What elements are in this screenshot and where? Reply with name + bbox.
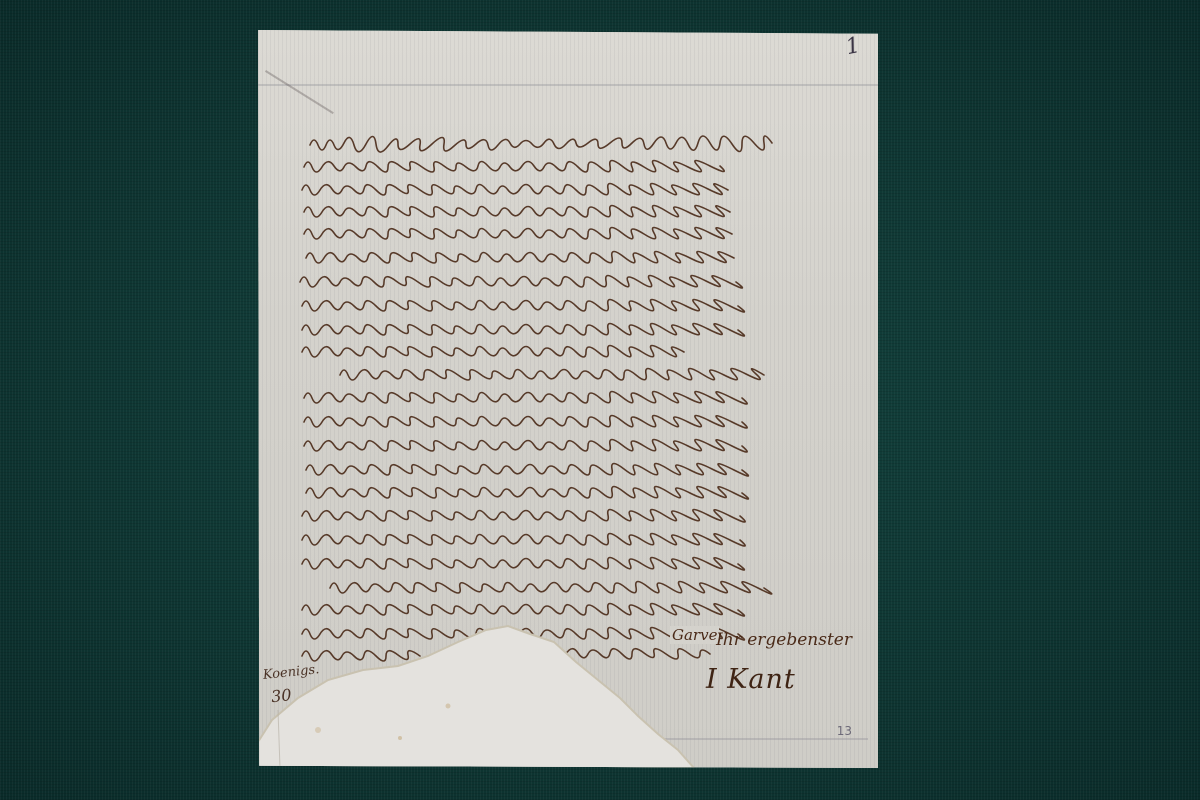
handwritten-body (258, 30, 878, 768)
script-line-14 (304, 440, 747, 453)
script-line-6 (306, 252, 734, 264)
script-line-23-right (548, 649, 710, 659)
script-line-19 (302, 558, 744, 571)
signature: I Kant (706, 664, 796, 695)
script-line-1 (310, 136, 772, 152)
script-line-8 (302, 300, 744, 313)
letter-page: 1 (258, 30, 878, 768)
script-line-4 (304, 206, 730, 218)
script-line-7 (300, 276, 742, 289)
script-line-23-left (302, 651, 420, 661)
archive-mark: 13 (837, 724, 852, 738)
script-line-5 (304, 228, 732, 240)
script-line-12 (304, 392, 747, 405)
script-line-20 (330, 582, 772, 595)
place-date-note: Koenigs. 30 (262, 659, 323, 709)
script-line-16 (306, 487, 748, 500)
name-garve: Garve (670, 626, 719, 644)
letter-closing: Ihr ergebenster (716, 630, 852, 650)
script-line-2 (304, 161, 724, 173)
script-line-18 (302, 534, 745, 547)
script-line-17 (302, 510, 745, 523)
script-line-21 (302, 604, 744, 617)
script-line-3 (302, 184, 728, 196)
script-line-11 (340, 369, 764, 381)
script-line-15 (306, 464, 748, 477)
script-line-9 (302, 324, 744, 337)
script-line-10 (302, 346, 684, 358)
script-line-13 (304, 416, 747, 429)
